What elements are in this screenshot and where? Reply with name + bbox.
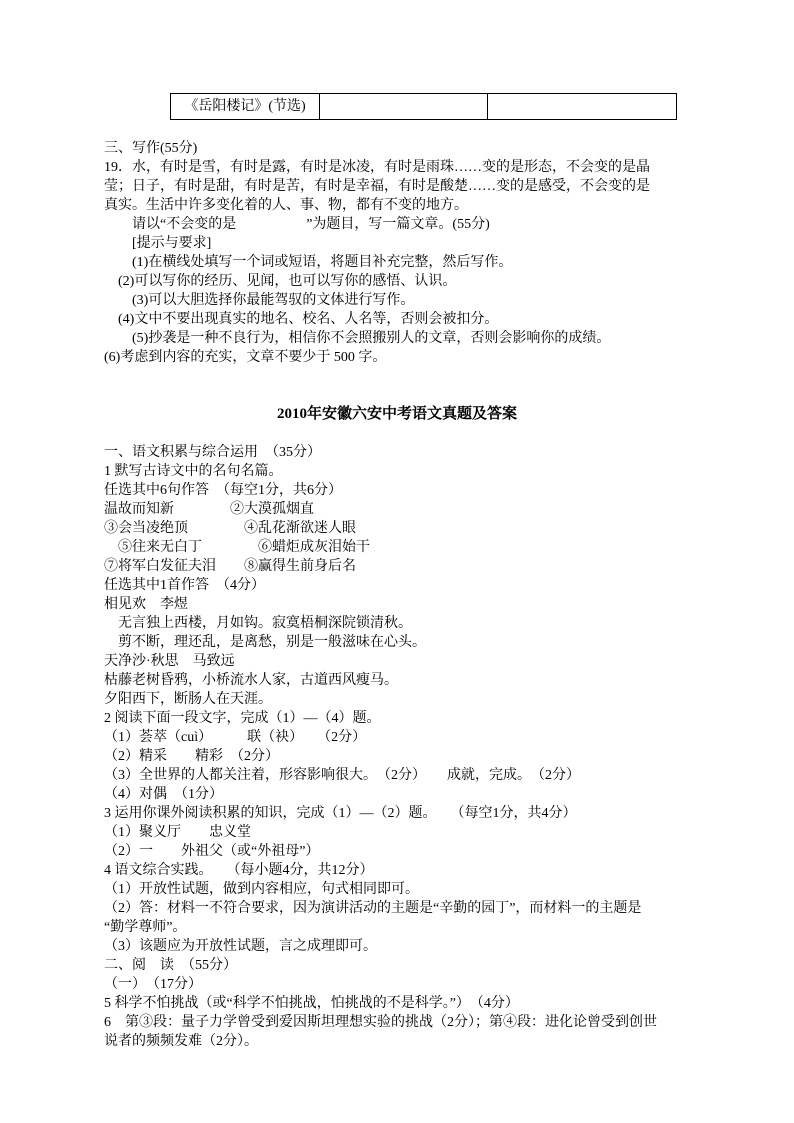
text-line: 4 语文综合实践。 （每小题4分，共12分） [104,861,744,880]
exam-document-page: 《岳阳楼记》(节选) 三、写作(55分)19．水，有时是雪，有时是露，有时是冰凌… [0,0,794,1123]
text-line: （2）一 外祖父（或“外祖母”） [104,842,744,861]
text-line: 6 第③段：量子力学曾受到爱因斯坦理想实验的挑战（2分）；第④段：进化论曾受到创… [104,1013,744,1032]
text-line: 夕阳西下，断肠人在天涯。 [104,690,744,709]
text-line: 任选其中6句作答 （每空1分，共6分） [104,481,744,500]
text-line: 请以“不会变的是 ”为题目，写一篇文章。(55分) [104,215,744,234]
text-line: (6)考虑到内容的充实，文章不要少于 500 字。 [104,348,744,367]
text-line: （3）该题应为开放性试题，言之成理即可。 [104,937,744,956]
table-cell-excerpt-title: 《岳阳楼记》(节选) [171,94,320,120]
text-line: 任选其中1首作答 （4分） [104,576,744,595]
document-body: 三、写作(55分)19．水，有时是雪，有时是露，有时是冰凌，有时是雨珠……变的是… [104,139,744,1051]
text-line: 枯藤老树昏鸦，小桥流水人家，古道西风瘦马。 [104,671,744,690]
text-line: 相见欢 李煜 [104,595,744,614]
text-line: （3）全世界的人都关注着，形容影响很大。 （2分） 成就，完成。 （2分） [104,766,744,785]
text-line: （1）荟萃（cuì） 联（袂） （2分） [104,728,744,747]
text-line: (1)在横线处填写一个词或短语，将题目补充完整，然后写作。 [104,253,744,272]
text-line: “勤学尊师”。 [104,918,744,937]
text-line: (5)抄袭是一种不良行为，相信你不会照搬别人的文章，否则会影响你的成绩。 [104,329,744,348]
text-line: 1 默写古诗文中的名句名篇。 [104,462,744,481]
text-line: （1）聚义厅 忠义堂 [104,823,744,842]
text-line: 19．水，有时是雪，有时是露，有时是冰凌，有时是雨珠……变的是形态，不会变的是晶 [104,158,744,177]
document-title: 2010年安徽六安中考语文真题及答案 [104,405,690,424]
text-line: 3 运用你课外阅读积累的知识，完成（1）—（2）题。 （每空1分，共4分） [104,804,744,823]
excerpt-comparison-table: 《岳阳楼记》(节选) [170,93,677,120]
blank-line [104,367,744,386]
text-line: 说者的频频发难（2分）。 [104,1032,744,1051]
text-line: 无言独上西楼，月如钩。寂寞梧桐深院锁清秋。 [104,614,744,633]
text-line: 二、阅 读 （55分） [104,956,744,975]
table-cell-empty-2 [488,94,677,120]
text-line: （1）开放性试题，做到内容相应，句式相同即可。 [104,880,744,899]
text-line: 2 阅读下面一段文字，完成（1）—（4）题。 [104,709,744,728]
text-line: ⑤往来无白丁 ⑥蜡炬成灰泪始干 [104,538,744,557]
text-line: 一、语文积累与综合运用 （35分） [104,443,744,462]
text-line: 剪不断，理还乱，是离愁，别是一般滋味在心头。 [104,633,744,652]
blank-line [104,386,744,405]
text-line: 天净沙·秋思 马致远 [104,652,744,671]
text-line: ③会当凌绝顶 ④乱花渐欲迷人眼 [104,519,744,538]
text-line: 真实。生活中许多变化着的人、事、物，都有不变的地方。 [104,196,744,215]
text-line: (3)可以大胆选择你最能驾驭的文体进行写作。 [104,291,744,310]
text-line: [提示与要求] [104,234,744,253]
text-line: 温故而知新 ②大漠孤烟直 [104,500,744,519]
text-line: （一） （17分） [104,975,744,994]
text-line: （4）对偶 （1分） [104,785,744,804]
text-line: 5 科学不怕挑战（或“科学不怕挑战，怕挑战的不是科学。”） （4分） [104,994,744,1013]
text-line: (4)文中不要出现真实的地名、校名、人名等，否则会被扣分。 [104,310,744,329]
text-line: （2）精采 精彩 （2分） [104,747,744,766]
text-line: 莹；日子，有时是甜，有时是苦，有时是幸福，有时是酸楚……变的是感受，不会变的是 [104,177,744,196]
text-line: ⑦将军白发征夫泪 ⑧赢得生前身后名 [104,557,744,576]
text-line: （2）答：材料一不符合要求，因为演讲活动的主题是“辛勤的园丁”，而材料一的主题是 [104,899,744,918]
text-line: 三、写作(55分) [104,139,744,158]
table-cell-empty-1 [320,94,488,120]
blank-line [104,424,744,443]
text-line: (2)可以写你的经历、见闻，也可以写你的感悟、认识。 [104,272,744,291]
table-row: 《岳阳楼记》(节选) [171,94,677,120]
